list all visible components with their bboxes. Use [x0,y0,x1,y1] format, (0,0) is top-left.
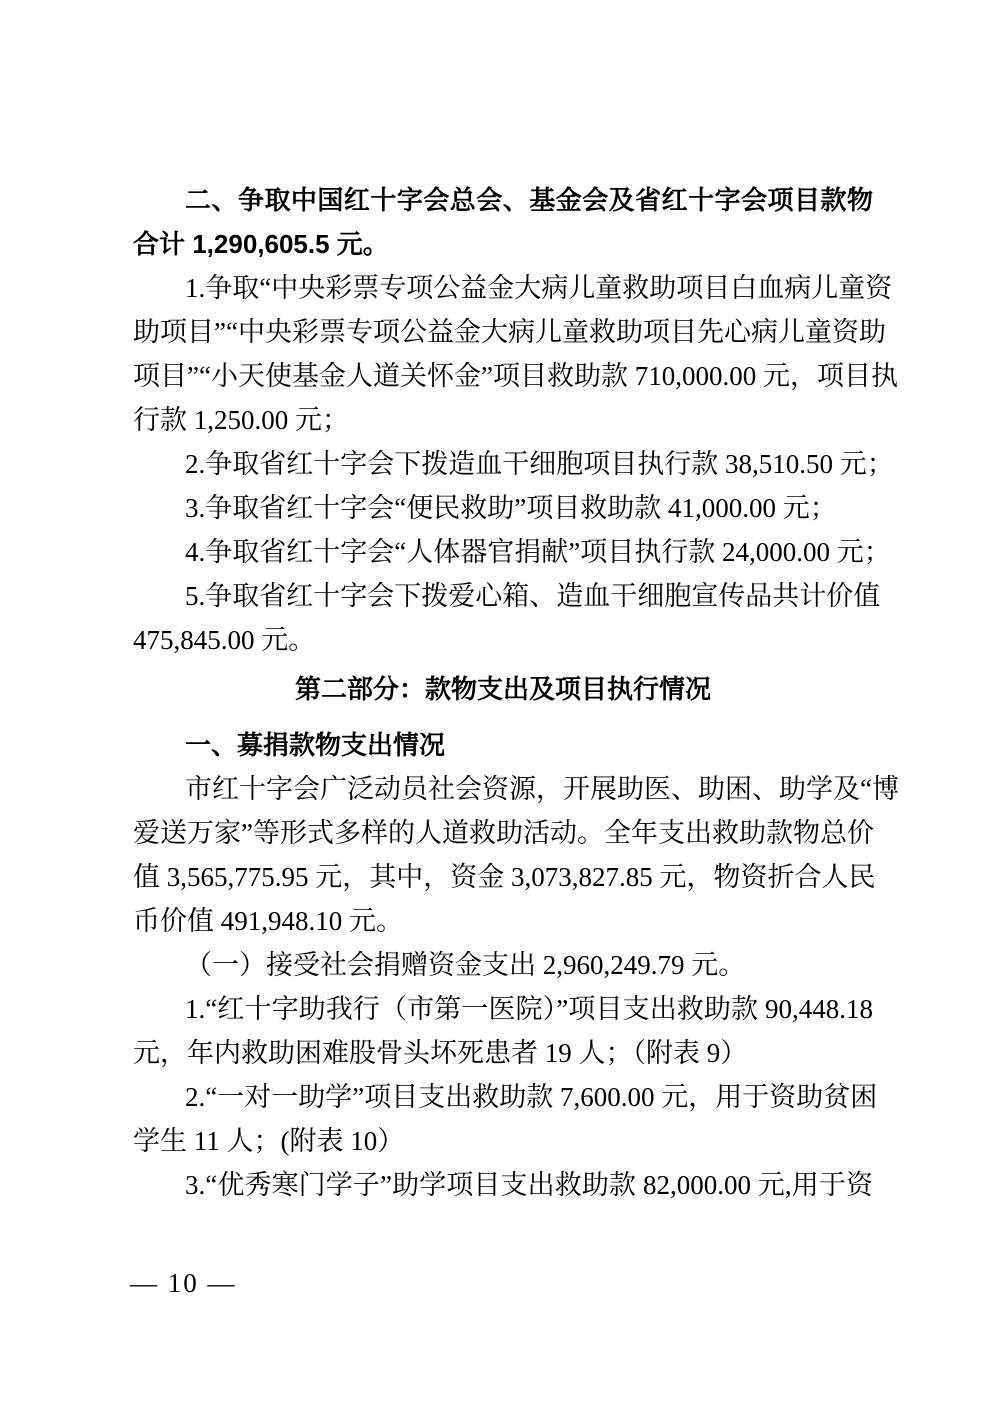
part-2-heading: 第二部分：款物支出及项目执行情况 [133,667,873,711]
item-1-line-1: 1.争取“中央彩票专项公益金大病儿童救助项目白血病儿童资 [133,266,873,310]
document-page: { "colors": { "text": "#000000", "backgr… [0,0,992,1403]
project-1-line-1: 1.“红十字助我行（市第一医院）”项目支出救助款 90,448.18 [133,987,873,1031]
item-1-line-2: 助项目”“中央彩票专项公益金大病儿童救助项目先心病儿童资助 [133,310,873,354]
expense-intro-line-2: 爱送万家”等形式多样的人道救助活动。全年支出救助款物总价 [133,811,873,855]
donation-expense-summary: （一）接受社会捐赠资金支出 2,960,249.79 元。 [133,943,873,987]
item-1-line-3: 项目”“小天使基金人道关怀金”项目救助款 710,000.00 元，项目执 [133,354,873,398]
project-1-line-2: 元，年内救助困难股骨头坏死患者 19 人；（附表 9） [133,1031,873,1075]
item-4-line: 4.争取省红十字会“人体器官捐献”项目执行款 24,000.00 元； [133,530,873,574]
item-5-line-1: 5.争取省红十字会下拨爱心箱、造血干细胞宣传品共计价值 [133,574,873,618]
expense-intro-line-1: 市红十字会广泛动员社会资源，开展助医、助困、助学及“博 [133,767,873,811]
expense-intro-line-3: 值 3,565,775.95 元，其中，资金 3,073,827.85 元，物资… [133,855,873,899]
section-2-heading-line-2: 合计 1,290,605.5 元。 [133,222,873,266]
item-3-line: 3.争取省红十字会“便民救助”项目救助款 41,000.00 元； [133,486,873,530]
expense-intro-line-4: 币价值 491,948.10 元。 [133,899,873,943]
project-3-line-1: 3.“优秀寒门学子”助学项目支出救助款 82,000.00 元,用于资 [133,1163,873,1207]
section-2-heading-line-1: 二、争取中国红十字会总会、基金会及省红十字会项目款物 [133,178,873,222]
item-1-line-4: 行款 1,250.00 元； [133,398,873,442]
project-2-line-1: 2.“一对一助学”项目支出救助款 7,600.00 元，用于资助贫困 [133,1075,873,1119]
subsection-1-heading: 一、募捐款物支出情况 [133,723,873,767]
item-2-line: 2.争取省红十字会下拨造血干细胞项目执行款 38,510.50 元； [133,442,873,486]
report-body: 二、争取中国红十字会总会、基金会及省红十字会项目款物 合计 1,290,605.… [133,178,873,1207]
project-2-line-2: 学生 11 人；(附表 10） [133,1119,873,1163]
page-number: — 10 — [130,1270,237,1297]
item-5-line-2: 475,845.00 元。 [133,618,873,662]
